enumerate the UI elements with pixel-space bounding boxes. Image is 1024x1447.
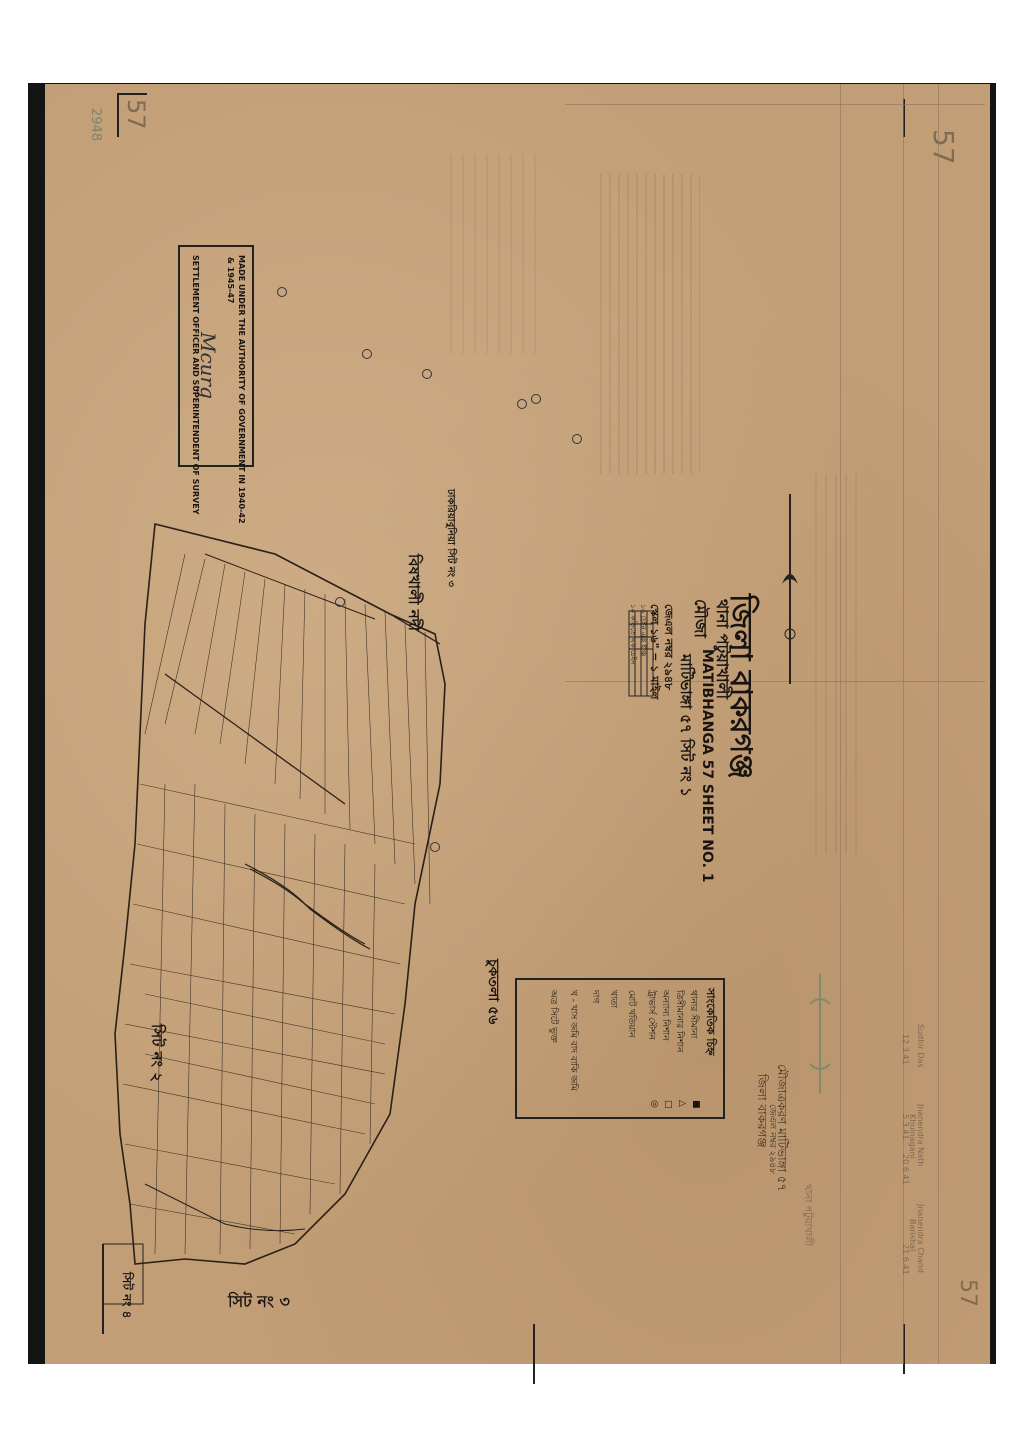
cert-row-name: Jnanendra Chand — [916, 1204, 925, 1273]
map-sheet: 2948 57 57 57 MADE UNDER THE AUTHORITY O… — [45, 84, 990, 1364]
traverse-station-icon — [422, 369, 432, 379]
cert-thana: থানা পটুয়াখালী — [798, 1184, 815, 1246]
traverse-station-icon — [572, 434, 582, 444]
traverse-station-icon — [362, 349, 372, 359]
traverse-station-icon — [335, 597, 345, 607]
traverse-station-icon — [430, 842, 440, 852]
traverse-station-icon — [277, 287, 287, 297]
legend-item: মোট খতিয়ান — [624, 990, 639, 1038]
legend-symbol-triangle-icon: △ — [677, 1100, 687, 1107]
traverse-station-icon — [531, 394, 541, 404]
cert-subtitle: জেএল নম্বর ২৯৪৮ — [765, 1104, 780, 1174]
pencil-notes-block — [450, 154, 540, 354]
certification-table: Sudhir Das 12.3.41 Jnanendra Nath Khulna… — [865, 1014, 965, 1274]
mouza-boundary-right-label: চুকতলা ৫৬ — [481, 959, 505, 1024]
legend-item: অত্র সিটে ভুক্ত — [546, 990, 561, 1043]
legend-item: দাগ — [588, 990, 603, 1003]
legend-box: সাংকেতিক চিহ্ন থানার সীমানা ■ ত্রিসীমানা… — [515, 978, 725, 1119]
cert-row-name: Jnanendra Nath — [916, 1104, 925, 1166]
legend-item: অন্যান্য নিশান — [658, 990, 673, 1040]
cert-row-name: Sudhir Das — [916, 1024, 925, 1068]
pencil-notes-block — [815, 474, 865, 854]
pencil-notes-block — [600, 174, 700, 474]
sheet-2-label: সিট নং ২ — [143, 1024, 168, 1082]
cert-row-date: 12.3.41 — [901, 1034, 910, 1065]
legend-title: সাংকেতিক চিহ্ন — [700, 988, 719, 1056]
sheet-4-label: সিট নং ৪ — [115, 1272, 135, 1318]
sheet-3-bottom-label: সিট নং ৩ — [228, 1289, 290, 1316]
legend-item: ট্রাভার্স স্টেশন — [644, 990, 659, 1040]
legend-item: খাতা — [606, 990, 621, 1008]
cert-row-date: 21.6.41 — [901, 1244, 910, 1275]
legend-item: খ - খাস জমি বাদ বাকি জমি — [566, 990, 581, 1091]
legend-symbol-boundary-icon: ■ — [691, 1100, 701, 1109]
legend-item: ত্রিসীমানার নিশান — [672, 990, 687, 1052]
legend-symbol-circle-icon: ◎ — [649, 1100, 659, 1108]
river-label: বিষখালী নদী — [400, 554, 425, 631]
cert-row-date: 5.3.41 — [901, 1114, 910, 1139]
traverse-station-icon — [517, 399, 527, 409]
adjoining-sheet-3-top-label: ঢাকরিয়াবুনিয়া সিট নং ৩ — [441, 489, 458, 587]
legend-symbol-square-icon: □ — [663, 1100, 673, 1109]
legend-item: থানার সীমানা — [686, 990, 701, 1038]
stamp-ornament-icon — [800, 974, 840, 1094]
cert-row-date: 20.6.41 — [901, 1154, 910, 1185]
